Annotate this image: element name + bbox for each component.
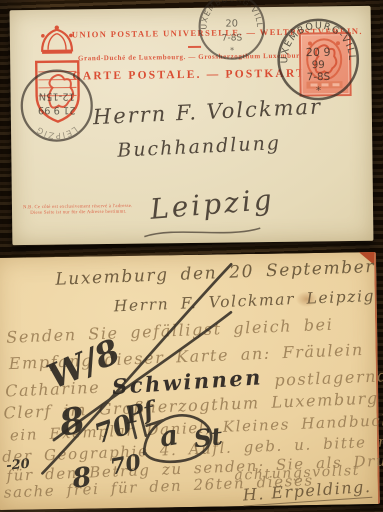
postmark-arrival-leipzig: LEIPZIG 21 9 99 12-15N [19, 67, 95, 143]
postmark-time: 7-8S [307, 71, 331, 83]
address-side-footnote: N.B. Ce côté est exclusivement réservé à… [23, 204, 133, 217]
address-line-city: Leipzig [149, 183, 276, 226]
postmark-star: * [230, 45, 234, 55]
postmark-time: 12-15N [39, 90, 75, 101]
postmark-luxembourg-ville-second: LUXEMBOURG-VILLE 20 7-8S * [196, 0, 267, 62]
footnote-german: Diese Seite ist nur für die Adresse best… [30, 209, 132, 216]
postmark-luxembourg-ville: LUXEMBOURG-VILLE 20 9 99 7-8S * [275, 16, 362, 103]
address-side-card: UNION POSTALE UNIVERSELLE. — WELTPOSTVER… [10, 6, 374, 245]
address-line-recipient: Herrn F. Volckmar [92, 94, 322, 129]
postmark-time: 7-8S [222, 33, 243, 43]
ink-crossout-strokes [0, 252, 378, 510]
underline-flourish [142, 223, 262, 240]
postmark-year: 99 [312, 59, 325, 71]
postmark-date: 20 [225, 18, 238, 29]
svg-text:LEIPZIG: LEIPZIG [34, 124, 80, 141]
postmark-ring-text: LEIPZIG [34, 124, 80, 141]
address-line-company: Buchhandlung [117, 132, 282, 162]
photo-scene: UNION POSTALE UNIVERSELLE. — WELTPOSTVER… [0, 0, 383, 512]
message-side-card: Luxemburg den 20 September 1899 Herrn F.… [0, 252, 380, 510]
postmark-date: 20 9 [306, 46, 331, 59]
postmark-date: 21 9 99 [38, 104, 76, 115]
